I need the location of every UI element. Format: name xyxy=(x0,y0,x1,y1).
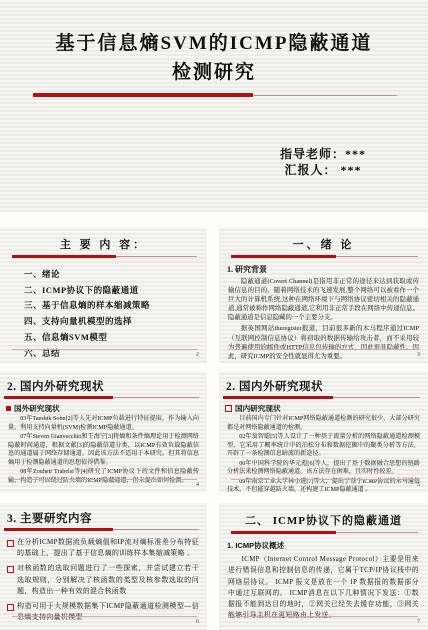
divider-thin-segment xyxy=(336,532,418,533)
footer-rule xyxy=(12,349,197,350)
bullet-heading: 国外研究现状 xyxy=(6,403,207,414)
footer-rule xyxy=(12,616,197,617)
deck-title-line1: 基于信息熵SVM的ICMP隐蔽通道 xyxy=(10,30,418,59)
divider-thick-segment xyxy=(231,255,336,258)
bullet-heading-label: 国内研究现状 xyxy=(235,403,281,414)
slide-thumbnail-related-work-domestic: 2. 国内外研究现状 国内研究现状 目前国内专门针对ICMP网络隐蔽通道检测的研… xyxy=(219,371,428,493)
footer-rule xyxy=(231,349,418,350)
divider-thin-segment xyxy=(113,529,199,530)
agenda-item: 三、基于信息熵的样本缩减策略 xyxy=(24,298,207,314)
bullet-item: 构造可用于大规模数据集下ICMP隐蔽通道检测模型—信息熵支持向量机模型 xyxy=(7,601,199,623)
divider-thick-segment xyxy=(33,93,253,97)
square-bullet-icon xyxy=(7,566,14,573)
slide-title: 二、 ICMP协议下的隐蔽通道 xyxy=(219,503,428,528)
footer-rule xyxy=(231,479,418,480)
agenda-list: 一、绪论 二、ICMP协议下的隐蔽通道 三、基于信息熵的样本缩减策略 四、支持向… xyxy=(24,267,207,361)
body-paragraph: 08年Zouheir Trabelsi等[4]研究了ICMP协议下的文件和信息隐… xyxy=(8,468,199,485)
title-divider xyxy=(12,255,197,258)
page-number: 5 xyxy=(417,482,420,488)
footer-rule xyxy=(12,479,197,480)
body-paragraph: 据英国网站theregister报道，目前很多新的木马程序通过ICMP（互联网控… xyxy=(228,324,419,360)
deck-title: 基于信息熵SVM的ICMP隐蔽通道 检测研究 xyxy=(10,30,418,87)
divider-thick-segment xyxy=(4,396,113,399)
footer-rule xyxy=(231,616,418,617)
title-divider xyxy=(4,528,199,531)
title-divider xyxy=(4,396,199,399)
page-number: 7 xyxy=(417,619,420,625)
agenda-item: 五、信息熵SVM模型 xyxy=(24,330,207,346)
bullet-item: 在分析ICMP数据流负载熵值和IP流对熵标准差分布特征的基础上，提出了基于信息熵… xyxy=(7,537,199,559)
body-paragraph: 03年Taeshik Sohn[2]等人先对ICMP负载进行特征提取，作为输入向… xyxy=(8,415,199,432)
body-paragraph: 07年Steven Gianvecchio和王海宁[3]将熵和条件熵理论用于检测… xyxy=(8,433,199,467)
slide-title: 一、绪 论 xyxy=(219,227,428,252)
slide-thumbnail-agenda: 主 要 内 容： 一、绪论 二、ICMP协议下的隐蔽通道 三、基于信息熵的样本缩… xyxy=(0,227,207,363)
handout-page: 基于信息熵SVM的ICMP隐蔽通道 检测研究 指导老师：*** 汇报人： ***… xyxy=(0,0,428,630)
deck-title-line2: 检测研究 xyxy=(10,59,418,88)
slide-thumbnail-title: 基于信息熵SVM的ICMP隐蔽通道 检测研究 指导老师：*** 汇报人： *** xyxy=(0,0,428,212)
divider-thin-segment xyxy=(253,95,397,96)
slide-thumbnail-intro: 一、绪 论 1. 研究背景 隐蔽通道(Covert Channel)是指用非正常… xyxy=(219,227,428,363)
body-paragraph: 02年翁智聪[5]等人设计了一种基于流量分析的网络隐蔽通道检测模型，它采用了概率… xyxy=(227,433,420,459)
credits-block: 指导老师：*** 汇报人： *** xyxy=(280,146,366,178)
section-heading: 1. ICMP协议概述 xyxy=(227,540,428,551)
bullet-text: 对核函数的选取问题进行了一些探索，并尝试建立若干选取规则，分别解决了核函数的类型… xyxy=(17,563,199,597)
reporter-line: 汇报人： *** xyxy=(280,162,366,178)
bullet-heading-label: 国外研究现状 xyxy=(14,403,60,414)
title-divider xyxy=(223,396,420,399)
page-number: 2 xyxy=(196,352,199,358)
square-bullet-icon xyxy=(7,540,14,547)
agenda-item: 四、支持向量机模型的选择 xyxy=(24,314,207,330)
slide-thumbnail-research-content: 3. 主要研究内容 在分析ICMP数据流负载熵值和IP流对熵标准差分布特征的基础… xyxy=(0,503,207,630)
slide-title: 2. 国内外研究现状 xyxy=(0,371,207,394)
bullet-heading: 国内研究现状 xyxy=(225,403,428,414)
body-paragraph: 06年中国科学院的华元彪[6]等人，提出了基于数据融合思想的链路分析法来检测网络… xyxy=(227,460,420,477)
divider-thin-segment xyxy=(333,397,420,398)
bullet-text: 构造可用于大规模数据集下ICMP隐蔽通道检测模型—信息熵支持向量机模型 xyxy=(17,601,199,623)
body-paragraph: 09年南京工业大学林小进[7]等人，提出了基于ICMP协议的木马通信技术，不但能… xyxy=(227,478,420,493)
divider-thin-segment xyxy=(116,256,197,257)
divider-thin-segment xyxy=(113,397,199,398)
body-paragraph: ICMP（Internet Control Message Protocol）主… xyxy=(228,554,419,622)
divider-thick-segment xyxy=(223,396,333,399)
agenda-item: 六、总结 xyxy=(24,346,207,362)
agenda-item: 一、绪论 xyxy=(24,267,207,283)
body-paragraph: 目前国内专门针对ICMP网络隐蔽通道检测的研究很少，大部分研究都是对网络隐蔽通道… xyxy=(227,415,420,432)
divider-thick-segment xyxy=(12,255,116,258)
bullet-list: 在分析ICMP数据流负载熵值和IP流对熵标准差分布特征的基础上，提出了基于信息熵… xyxy=(0,537,207,623)
square-bullet-icon xyxy=(6,406,11,411)
agenda-item: 二、ICMP协议下的隐蔽通道 xyxy=(24,283,207,299)
slide-title: 3. 主要研究内容 xyxy=(0,503,207,526)
divider-thick-segment xyxy=(4,528,113,531)
page-number: 4 xyxy=(196,482,199,488)
title-divider xyxy=(231,255,418,258)
slide-thumbnail-icmp-overview: 二、 ICMP协议下的隐蔽通道 1. ICMP协议概述 ICMP（Interne… xyxy=(219,503,428,630)
bullet-item: 对核函数的选取问题进行了一些探索，并尝试建立若干选取规则，分别解决了核函数的类型… xyxy=(7,563,199,597)
section-heading: 1. 研究背景 xyxy=(227,264,428,275)
advisor-line: 指导老师：*** xyxy=(280,146,366,162)
body-paragraph: 隐蔽通道(Covert Channel)是指用非正常的途径来达到获取或传输信息的… xyxy=(228,277,419,322)
square-bullet-icon xyxy=(225,405,232,412)
square-bullet-icon xyxy=(7,604,14,611)
bullet-text: 在分析ICMP数据流负载熵值和IP流对熵标准差分布特征的基础上，提出了基于信息熵… xyxy=(17,537,199,559)
slide-title: 2. 国内外研究现状 xyxy=(219,371,428,394)
divider-thick-segment xyxy=(231,531,336,534)
slide-thumbnail-related-work-abroad: 2. 国内外研究现状 国外研究现状 03年Taeshik Sohn[2]等人先对… xyxy=(0,371,207,493)
title-divider xyxy=(33,93,397,97)
title-divider xyxy=(231,531,418,534)
divider-thin-segment xyxy=(336,256,418,257)
page-number: 3 xyxy=(417,352,420,358)
page-number: 6 xyxy=(196,619,199,625)
slide-title: 主 要 内 容： xyxy=(0,227,207,252)
